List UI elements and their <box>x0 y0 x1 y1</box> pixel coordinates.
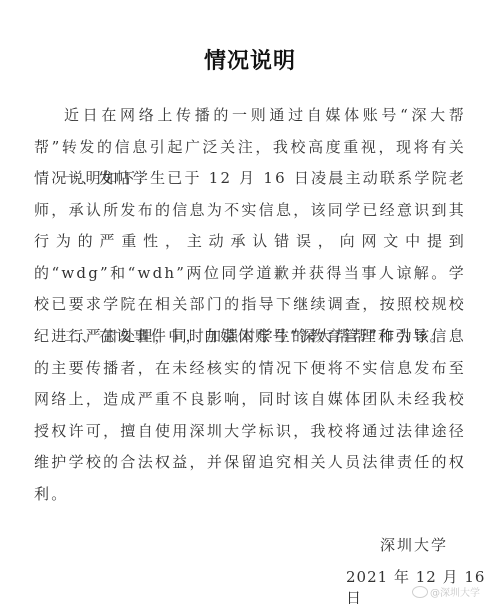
watermark-text: @深圳大学 <box>430 584 480 599</box>
document-title: 情况说明 <box>0 44 500 75</box>
watermark: @深圳大学 <box>412 584 480 599</box>
paragraph-point-two: 二、在该事件中，自媒体账号“深大帮帮”作为该信息的主要传播者，在未经核实的情况下… <box>34 321 466 510</box>
signature: 深圳大学 <box>380 534 448 555</box>
weibo-icon <box>412 586 428 598</box>
